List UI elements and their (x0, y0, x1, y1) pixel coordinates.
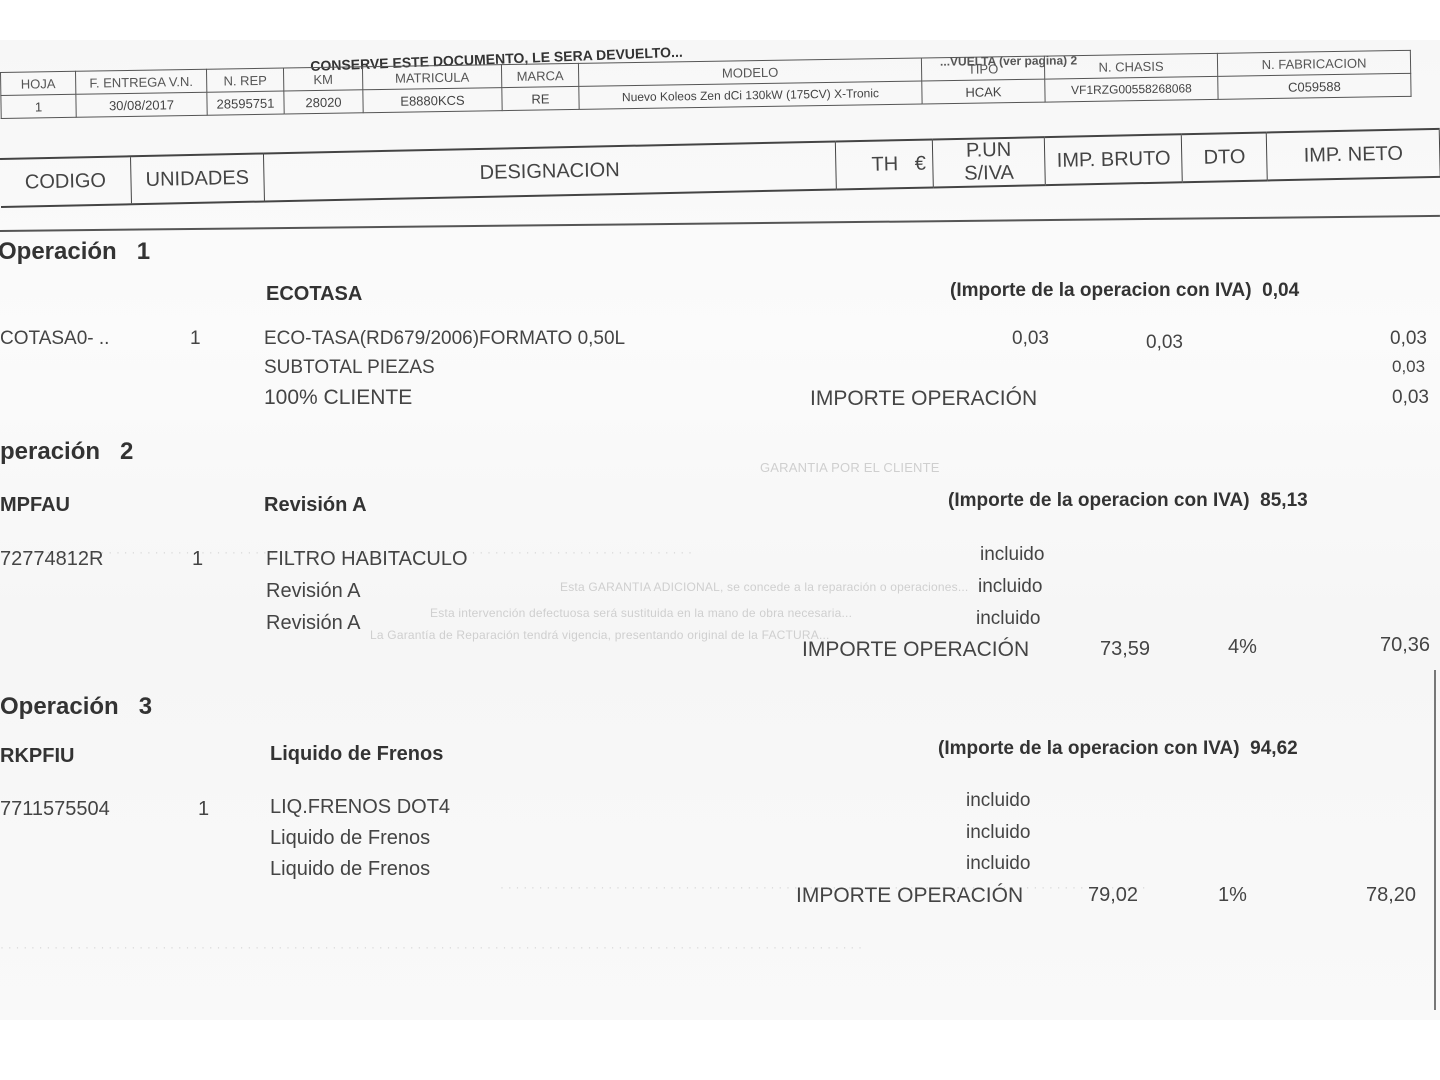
invoice-page: GARANTIA POR EL CLIENTE Esta GARANTIA AD… (0, 40, 1440, 1020)
col-precio-unitario: P.UN S/IVA (932, 137, 1046, 187)
meta-header: MATRICULA (362, 65, 501, 90)
meta-header: N. CHASIS (1044, 53, 1217, 79)
col-codigo: CODIGO (0, 156, 131, 207)
divider (0, 215, 1440, 232)
importe-operacion-gross: 79,02 (1088, 884, 1138, 907)
line-designation: Liquido de Frenos (270, 858, 430, 881)
operation-2-name: Revisión A (264, 494, 367, 517)
page-edge (1434, 670, 1436, 1010)
operation-1-name: ECOTASA (266, 283, 362, 306)
operation-3-code: RKPFIU (0, 745, 74, 768)
meta-value: E8880KCS (363, 88, 502, 113)
col-designacion: DESIGNACION (263, 142, 836, 202)
operation-2-title: peración 2 (0, 438, 133, 466)
importe-operacion-net: 0,03 (1392, 387, 1429, 409)
ghost-text: GARANTIA POR EL CLIENTE (760, 460, 940, 475)
operation-3-title: Operación 3 (0, 693, 152, 721)
meta-header: F. ENTREGA V.N. (75, 69, 206, 94)
meta-value: RE (502, 86, 579, 110)
ghost-text: Esta GARANTIA ADICIONAL, se concede a la… (560, 580, 968, 594)
line-net: 0,03 (1390, 328, 1427, 350)
importe-operacion-net: 70,36 (1380, 634, 1430, 657)
client-percentage: 100% CLIENTE (264, 386, 412, 410)
line-th-status: incluido (966, 790, 1030, 812)
line-code: COTASA0- .. (0, 328, 109, 350)
importe-operacion-net: 78,20 (1366, 884, 1416, 907)
meta-header: N. FABRICACION (1217, 50, 1410, 76)
subtotal-label: SUBTOTAL PIEZAS (264, 357, 435, 379)
importe-operacion-label: IMPORTE OPERACIÓN (802, 638, 1029, 662)
meta-header: N. REP (206, 68, 283, 92)
operation-3-name: Liquido de Frenos (270, 743, 443, 766)
meta-value: Nuevo Koleos Zen dCi 130kW (175CV) X-Tro… (579, 81, 922, 109)
importe-operacion-label: IMPORTE OPERACIÓN (810, 387, 1037, 411)
line-designation: Revisión A (266, 612, 361, 635)
line-th-status: incluido (976, 608, 1040, 630)
meta-header: TIPO (921, 56, 1044, 81)
line-unit-price: 0,03 (1012, 328, 1049, 350)
line-designation: LIQ.FRENOS DOT4 (270, 796, 450, 819)
col-th: TH € (835, 139, 933, 189)
meta-value: 30/08/2017 (76, 92, 207, 117)
importe-operacion-discount: 1% (1218, 884, 1247, 907)
line-th-status: incluido (966, 822, 1030, 844)
col-descuento: DTO (1182, 132, 1268, 182)
meta-value: VF1RZG00558268068 (1045, 76, 1218, 102)
line-th-status: incluido (966, 853, 1030, 875)
line-designation: ECO-TASA(RD679/2006)FORMATO 0,50L (264, 328, 625, 350)
ghost-text: Esta intervención defectuosa será sustit… (430, 606, 852, 620)
meta-header: KM (283, 67, 362, 91)
importe-operacion-label: IMPORTE OPERACIÓN (796, 884, 1023, 908)
line-units: 1 (198, 798, 209, 821)
operation-2-iva: (Importe de la operacion con IVA) 85,13 (948, 490, 1308, 512)
line-designation: Liquido de Frenos (270, 827, 430, 850)
line-code: 7711575504 (0, 798, 110, 821)
importe-operacion-gross: 73,59 (1100, 638, 1150, 661)
meta-value: 1 (1, 94, 76, 118)
meta-value: 28020 (284, 90, 363, 114)
operation-1-iva: (Importe de la operacion con IVA) 0,04 (950, 280, 1299, 302)
col-unidades: UNIDADES (130, 153, 264, 204)
line-units: 1 (190, 328, 201, 350)
importe-operacion-discount: 4% (1228, 636, 1257, 659)
line-gross: 0,03 (1146, 332, 1183, 354)
meta-header: HOJA (1, 71, 76, 95)
ghost-text: La Garantía de Reparación tendrá vigenci… (370, 628, 830, 642)
meta-value: C059588 (1218, 73, 1411, 99)
line-designation: FILTRO HABITACULO (266, 548, 468, 571)
operation-3-iva: (Importe de la operacion con IVA) 94,62 (938, 738, 1298, 760)
col-importe-neto: IMP. NETO (1266, 129, 1440, 181)
meta-value: 28595751 (207, 91, 284, 115)
subtotal-net: 0,03 (1392, 357, 1425, 377)
operation-1-title: Operación 1 (0, 238, 150, 266)
line-th-status: incluido (980, 544, 1044, 566)
meta-value: HCAK (922, 79, 1045, 104)
operation-2-code: MPFAU (0, 494, 70, 517)
line-units: 1 (192, 548, 203, 571)
line-designation: Revisión A (266, 580, 361, 603)
meta-header: MARCA (501, 63, 578, 87)
col-importe-bruto: IMP. BRUTO (1045, 134, 1183, 185)
line-code: 72774812R (0, 548, 103, 571)
line-th-status: incluido (978, 576, 1042, 598)
